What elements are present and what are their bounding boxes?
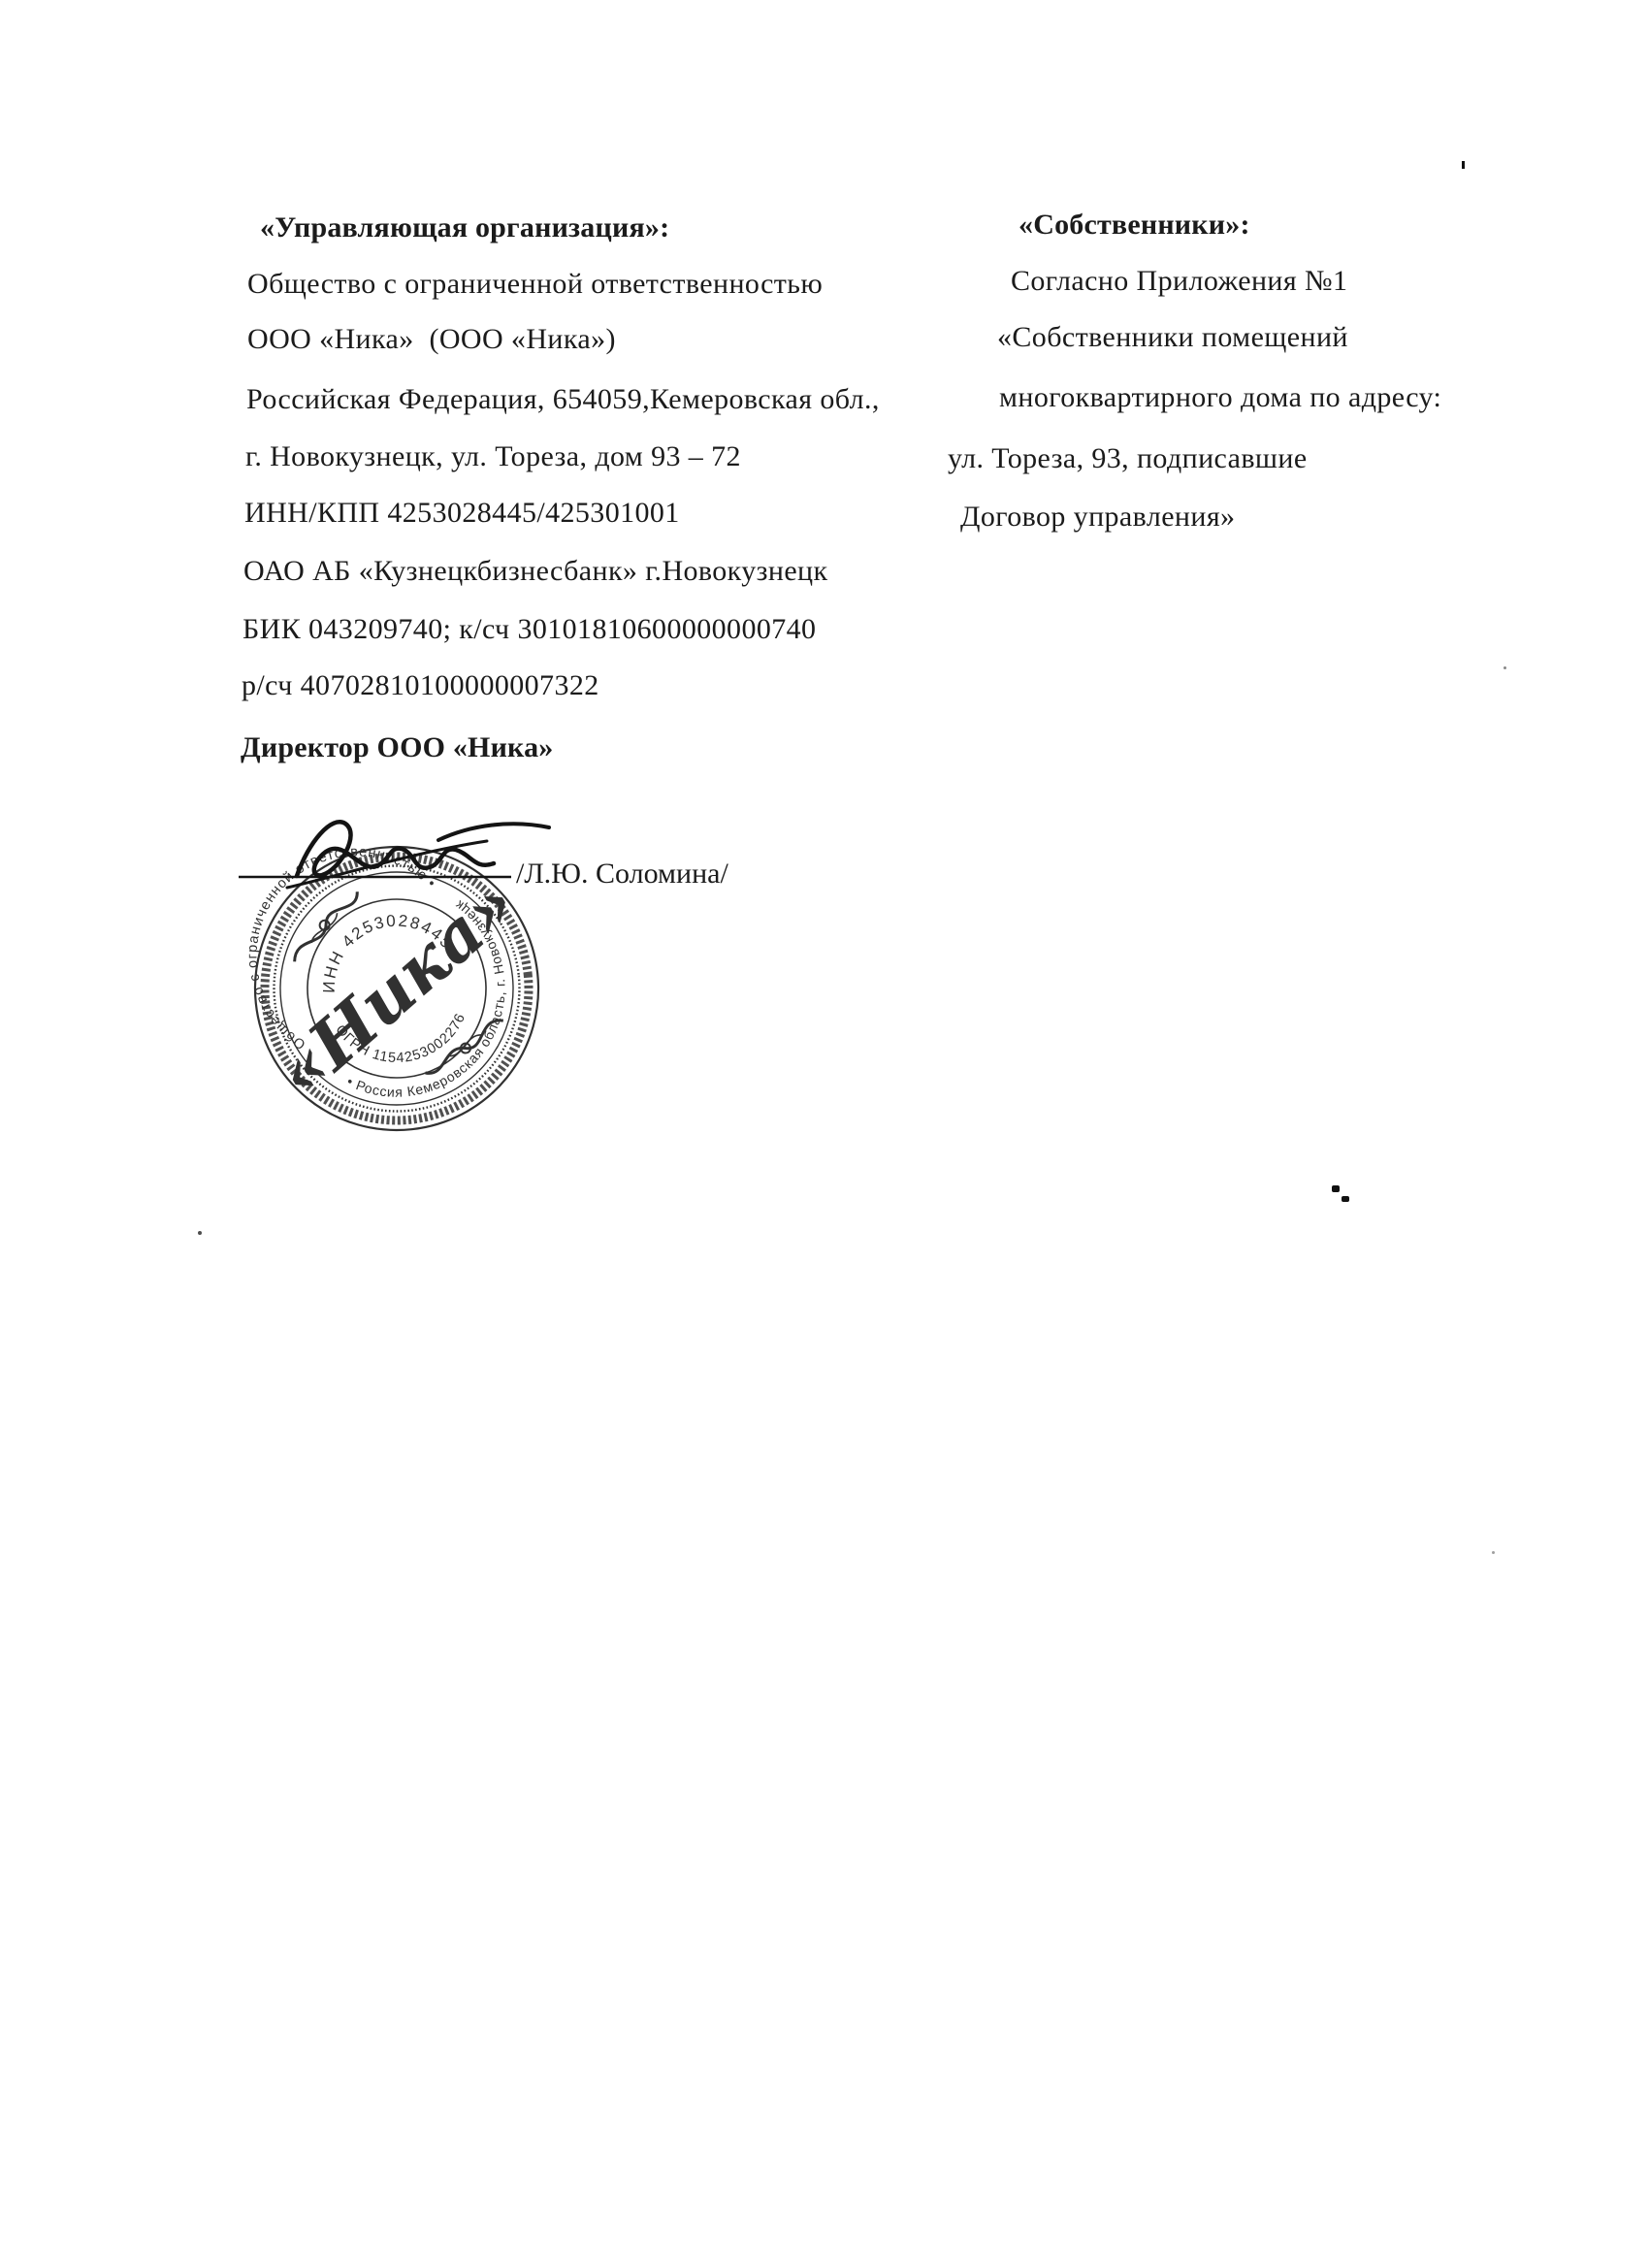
svg-text:• Россия Кемеровская область,: • Россия Кемеровская область, г. Новокуз…: [326, 893, 519, 1106]
stamp-text-ring-outer: [269, 860, 525, 1117]
stamp-inner-circle: [299, 891, 495, 1086]
stamp-ornament-bottom: [425, 1012, 503, 1083]
scan-speck: [1462, 161, 1465, 169]
handwritten-signature: [287, 822, 549, 888]
scan-speck: [1342, 1196, 1349, 1202]
scan-speck: [1332, 1185, 1340, 1192]
org-fullname-line: Общество с ограниченной ответственностью: [247, 267, 823, 302]
org-inn-kpp-line: ИНН/КПП 4253028445/425301001: [244, 496, 680, 531]
scan-speck: [1492, 1551, 1495, 1554]
owners-heading: «Собственники»:: [1018, 208, 1250, 243]
scan-speck: [1503, 666, 1506, 669]
stamp-inn-text: ИНН 4253028445: [312, 905, 462, 995]
owners-premises-line: «Собственники помещений: [997, 320, 1348, 355]
owners-address-line: ул. Тореза, 93, подписавшие: [948, 441, 1308, 476]
svg-text:Общество с ограниченной ответс: Общество с ограниченной ответственностью…: [234, 835, 455, 1056]
org-account-line: р/сч 40702810100000007322: [242, 668, 599, 703]
director-line: Директор ООО «Ника»: [241, 730, 554, 765]
org-bank-line: ОАО АБ «Кузнецкбизнесбанк» г.Новокузнецк: [243, 554, 827, 589]
stamp-ring-text-bottom: • Россия Кемеровская область, г. Новокуз…: [326, 893, 519, 1106]
svg-text:ИНН 4253028445: ИНН 4253028445: [312, 905, 462, 995]
stamp-outer-circle: [242, 833, 553, 1145]
stamp-ring-text-top: Общество с ограниченной ответственностью…: [234, 835, 455, 1056]
managing-org-heading: «Управляющая организация»:: [260, 211, 669, 245]
owners-building-line: многоквартирного дома по адресу:: [999, 380, 1441, 415]
owners-contract-line: Договор управления»: [960, 500, 1235, 535]
stamp-lace-inner: [262, 854, 532, 1123]
org-shortname-line: ООО «Ника» (ООО «Ника»): [247, 322, 616, 357]
svg-text:ОГРН 1154253002276: ОГРН 1154253002276: [331, 1009, 472, 1073]
company-stamp: Общество с ограниченной ответственностью…: [234, 826, 552, 1145]
org-bik-line: БИК 043209740; к/сч 30101810600000000740: [242, 612, 816, 647]
scanned-contract-page: «Управляющая организация»: Общество с ог…: [0, 0, 1649, 2268]
org-country-line: Российская Федерация, 654059,Кемеровская…: [246, 382, 880, 417]
stamp-ornament-top: [286, 891, 365, 962]
stamp-lace-band: [252, 844, 542, 1134]
stamp-center-name: «Ника»: [261, 863, 532, 1114]
scan-speck: [198, 1231, 202, 1235]
stamp-ogrn-text: ОГРН 1154253002276: [331, 1009, 472, 1073]
signatory-name-label: /Л.Ю. Соломина/: [516, 858, 728, 891]
owners-annex-line: Согласно Приложения №1: [1011, 264, 1347, 299]
org-address-line: г. Новокузнецк, ул. Тореза, дом 93 – 72: [245, 439, 741, 474]
